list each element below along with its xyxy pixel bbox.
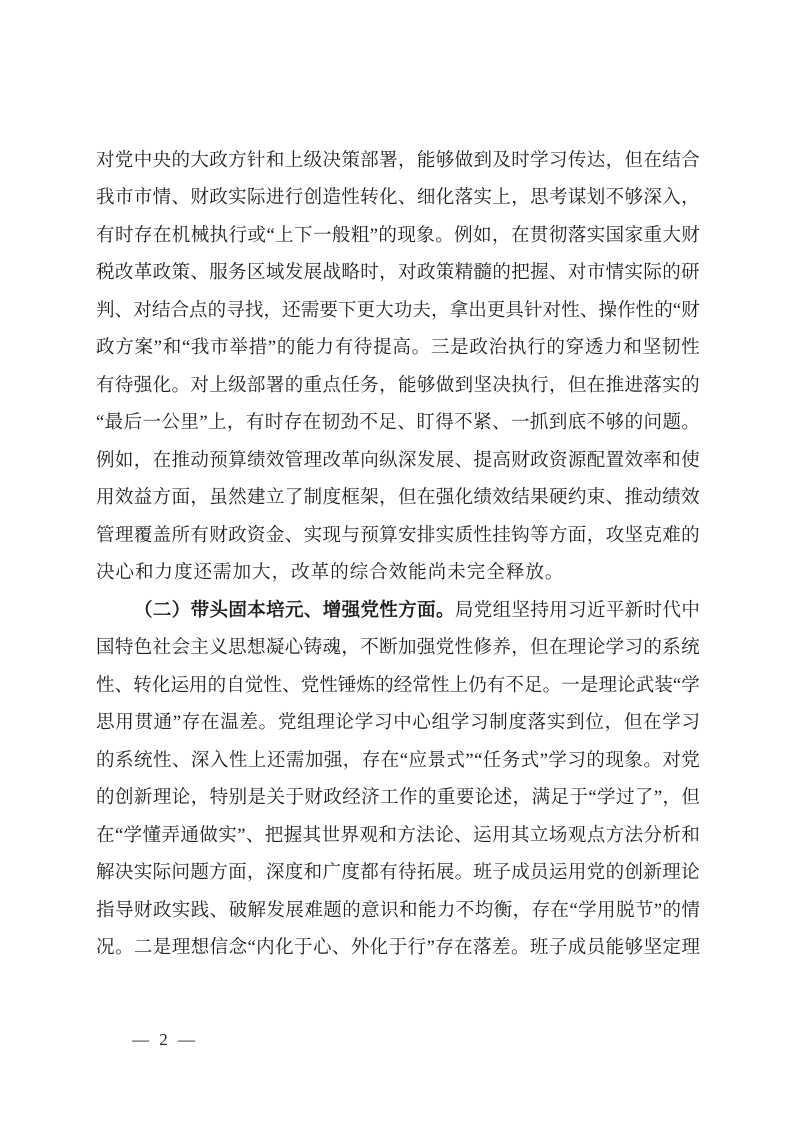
text-line: 的创新理论，特别是关于财政经济工作的重要论述，满足于“学过了”，但 [96,780,700,818]
text-line: 我市市情、财政实际进行创造性转化、细化落实上，思考谋划不够深入， [96,180,700,218]
text-line: 有待强化。对上级部署的重点任务，能够做到坚决执行，但在推进落实的 [96,367,700,405]
document-page: 对党中央的大政方针和上级决策部署，能够做到及时学习传达，但在结合我市市情、财政实… [0,0,793,1122]
text-line: 对党中央的大政方针和上级决策部署，能够做到及时学习传达，但在结合 [96,142,700,180]
text-line: 性、转化运用的自觉性、党性锤炼的经常性上仍有不足。一是理论武装“学 [96,667,700,705]
text-block: 对党中央的大政方针和上级决策部署，能够做到及时学习传达，但在结合我市市情、财政实… [96,142,700,967]
text-line: 税改革政策、服务区域发展战略时，对政策精髓的把握、对市情实际的研 [96,255,700,293]
text-line: 政方案”和“我市举措”的能力有待提高。三是政治执行的穿透力和坚韧性 [96,330,700,368]
text-line: 的系统性、深入性上还需加强，存在“应景式”“任务式”学习的现象。对党 [96,742,700,780]
text-line: 况。二是理想信念“内化于心、外化于行”存在落差。班子成员能够坚定理 [96,930,700,968]
page-number: — 2 — [132,1030,198,1050]
text-line: 国特色社会主义思想凝心铸魂，不断加强党性修养，但在理论学习的系统 [96,630,700,668]
text-line: 指导财政实践、破解发展难题的意识和能力不均衡，存在“学用脱节”的情 [96,892,700,930]
text-line: 有时存在机械执行或“上下一般粗”的现象。例如，在贯彻落实国家重大财 [96,217,700,255]
text-line: 判、对结合点的寻找，还需要下更大功夫，拿出更具针对性、操作性的“财 [96,292,700,330]
text-line: 解决实际问题方面，深度和广度都有待拓展。班子成员运用党的创新理论 [96,855,700,893]
text-line: 决心和力度还需加大，改革的综合效能尚未完全释放。 [96,555,700,593]
text-line: 用效益方面，虽然建立了制度框架，但在强化绩效结果硬约束、推动绩效 [96,480,700,518]
text-line: 例如，在推动预算绩效管理改革向纵深发展、提高财政资源配置效率和使 [96,442,700,480]
paragraph: 对党中央的大政方针和上级决策部署，能够做到及时学习传达，但在结合我市市情、财政实… [96,142,700,592]
text-line: 管理覆盖所有财政资金、实现与预算安排实质性挂钩等方面，攻坚克难的 [96,517,700,555]
text-line: 在“学懂弄通做实”、把握其世界观和方法论、运用其立场观点方法分析和 [96,817,700,855]
text-line: 思用贯通”存在温差。党组理论学习中心组学习制度落实到位，但在学习 [96,705,700,743]
text-line: （二）带头固本培元、增强党性方面。局党组坚持用习近平新时代中 [96,592,700,630]
paragraph: （二）带头固本培元、增强党性方面。局党组坚持用习近平新时代中国特色社会主义思想凝… [96,592,700,967]
text-line: “最后一公里”上，有时存在韧劲不足、盯得不紧、一抓到底不够的问题。 [96,405,700,443]
